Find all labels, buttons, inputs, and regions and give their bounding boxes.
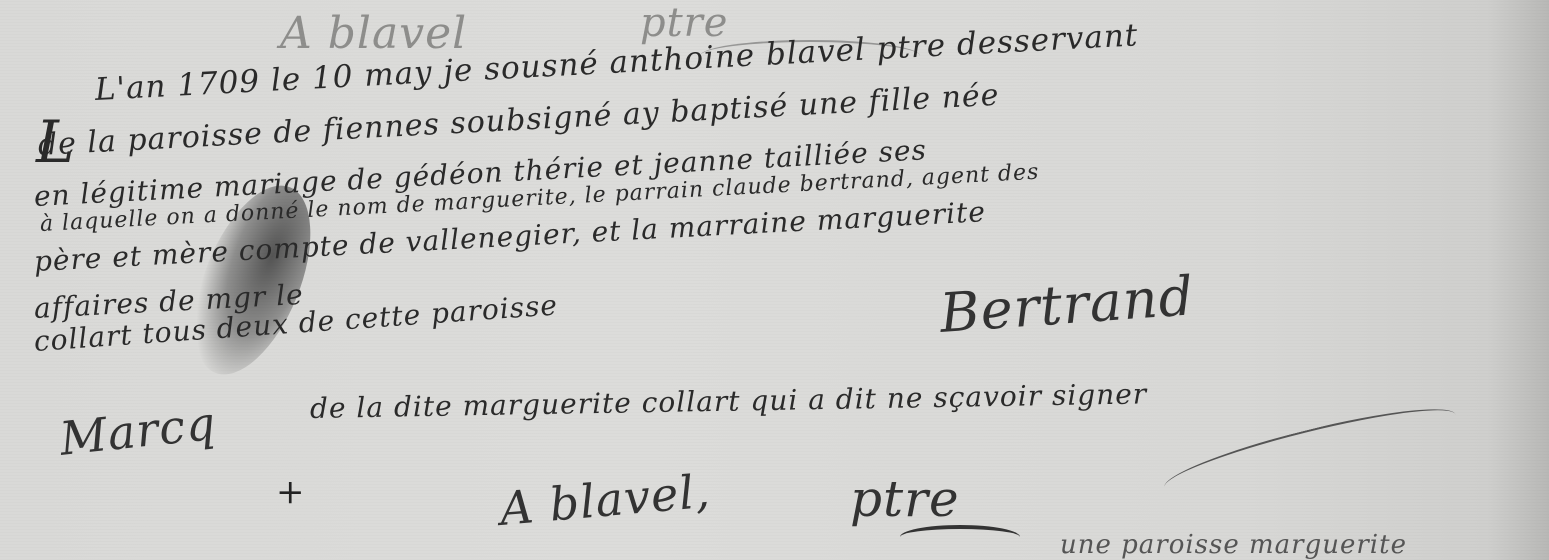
signature-bertrand: Bertrand (938, 264, 1196, 345)
bottom-cut-text: une paroisse marguerite (1060, 530, 1407, 560)
signature-marcq: Marcq (57, 396, 219, 466)
underline-flourish (1159, 394, 1460, 507)
entry-continuation: de la dite marguerite collart qui a dit … (310, 377, 1148, 425)
signature-blavel: A blavel, (498, 464, 713, 536)
register-page: A blavel ptre L L'an 1709 le 10 may je s… (0, 0, 1549, 560)
ptre-flourish (900, 525, 1020, 549)
top-signature-blavel: A blavel (280, 8, 467, 59)
cross-mark: + (276, 472, 305, 512)
signature-ptre: ptre (850, 470, 960, 528)
